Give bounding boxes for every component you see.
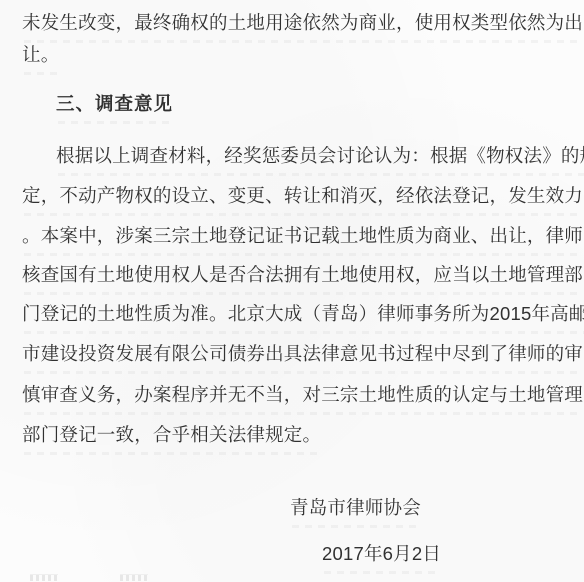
body-line: 慎审查义务，办案程序并无不当，对三宗土地性质的认定与土地管理 [22, 384, 583, 406]
body-line: 定，不动产物权的设立、变更、转让和消灭，经依法登记，发生效力 [22, 185, 583, 207]
scan-artifact [120, 574, 148, 581]
body-line: 根据以上调查材料，经奖惩委员会讨论认为：根据《物权法》的规 [56, 145, 584, 167]
body-line: 。本案中，涉案三宗土地登记证书记载土地性质为商业、出让，律师 [22, 225, 583, 247]
body-line: 核查国有土地使用权人是否合法拥有土地使用权，应当以土地管理部 [22, 264, 583, 286]
section-heading: 三、调查意见 [56, 93, 173, 115]
body-line: 部门登记一致，合乎相关法律规定。 [22, 424, 321, 446]
document-page: 未发生改变，最终确权的土地用途依然为商业，使用权类型依然为出 让。 三、调查意见… [0, 0, 584, 582]
body-line: 门登记的土地性质为准。北京大成（青岛）律师事务所为2015年高邮 [22, 303, 584, 325]
body-line: 未发生改变，最终确权的土地用途依然为商业，使用权类型依然为出 [22, 12, 583, 34]
date: 2017年6月2日 [322, 543, 441, 565]
body-line: 市建设投资发展有限公司债券出具法律意见书过程中尽到了律师的审 [22, 343, 583, 365]
signature: 青岛市律师协会 [290, 497, 421, 519]
scan-artifact [30, 574, 58, 581]
body-line: 让。 [22, 44, 59, 66]
